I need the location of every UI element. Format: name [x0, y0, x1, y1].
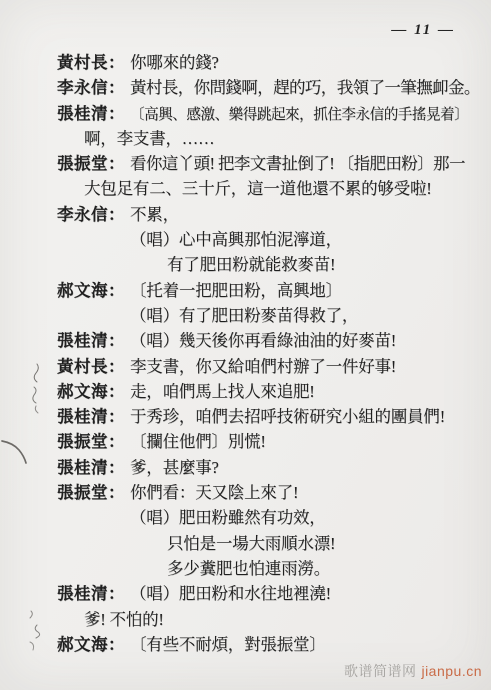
script-line: 李永信：黃村長，你問錢啊，趕的巧，我領了一筆撫卹金。 [0, 75, 491, 100]
speaker-name: 郝文海： [57, 632, 130, 657]
speaker-name: 李永信： [57, 75, 130, 100]
speaker-name: 張桂清： [57, 455, 130, 480]
dialogue-text: 走，咱們馬上找人來追肥! [130, 382, 315, 401]
speaker-name: 張桂清： [57, 581, 130, 606]
script-line: 張振堂：看你這丫頭! 把李文書扯倒了! 〔指肥田粉〕那一 [0, 151, 491, 176]
dialogue-text: 于秀珍，咱們去招呼技術研究小組的團員們! [130, 407, 445, 426]
dialogue-text: 爹! 不怕的! [84, 610, 164, 629]
watermark-site-name: 歌谱简谱网 [344, 663, 417, 679]
script-line: （唱）有了肥田粉麥苗得救了， [0, 303, 491, 328]
script-line: 只怕是一場大雨順水漂! [0, 531, 491, 556]
sung-lyric-text: 只怕是一場大雨順水漂! [167, 534, 335, 553]
script-line: 郝文海：走，咱們馬上找人來追肥! [0, 379, 491, 404]
stage-direction-text: 〔高興、感激、樂得跳起來，抓住李永信的手搖晃着〕 [130, 107, 468, 123]
dialogue-text: 李支書，你又給咱們村辦了一件好事! [130, 357, 396, 376]
dialogue-text: 〔攔住他們〕別慌! [130, 432, 266, 451]
sung-lyric-text: 多少糞肥也怕連雨澇。 [167, 559, 330, 578]
watermark: 歌谱简谱网jianpu.cn [344, 661, 482, 681]
script-line: （唱）肥田粉雖然有功效， [0, 505, 491, 530]
speaker-name: 張振堂： [57, 429, 130, 454]
script-line: 張桂清：（唱）肥田粉和水往地裡澆! [0, 581, 491, 606]
speaker-name: 黃村長： [57, 50, 130, 75]
dialogue-text: 黃村長，你問錢啊，趕的巧，我領了一筆撫卹金。 [130, 78, 480, 97]
speaker-name: 張桂清： [57, 101, 130, 126]
speaker-name: 張桂清： [57, 328, 130, 353]
script-line: 張桂清：爹，甚麼事? [0, 455, 491, 480]
script-line: 黃村長：你哪來的錢? [0, 50, 491, 75]
speaker-name: 李永信： [57, 202, 130, 227]
script-line: （唱）心中高興那怕泥濘道， [0, 227, 491, 252]
stage-direction-text: 〔有些不耐煩，對張振堂〕 [130, 635, 326, 654]
script-line: 郝文海：〔有些不耐煩，對張振堂〕 [0, 632, 491, 657]
sung-lyric-text: （唱）肥田粉和水往地裡澆! [130, 584, 331, 603]
script-line: 張桂清：〔高興、感激、樂得跳起來，抓住李永信的手搖晃着〕 [0, 101, 491, 126]
speaker-name: 張振堂： [57, 480, 130, 505]
speaker-name: 郝文海： [57, 278, 130, 303]
sung-lyric-text: （唱）心中高興那怕泥濘道， [130, 230, 342, 249]
script-line: 張振堂：〔攔住他們〕別慌! [0, 429, 491, 454]
speaker-name: 郝文海： [57, 379, 130, 404]
stage-direction-text: 〔托着一把肥田粉，高興地〕 [130, 281, 342, 300]
script-line: 大包足有二、三十斤，這一道他還不累的够受啦! [0, 176, 491, 201]
script-line: 李永信：不累， [0, 202, 491, 227]
dialogue-text: 不累， [130, 205, 179, 224]
dialogue-text: 大包足有二、三十斤，這一道他還不累的够受啦! [84, 179, 432, 198]
dialogue-text: 啊，李支書，…… [84, 129, 214, 148]
script-line: 張桂清：（唱）幾天後你再看綠油油的好麥苗! [0, 328, 491, 353]
sung-lyric-text: 有了肥田粉就能救麥苗! [167, 255, 335, 274]
script-line: 張桂清：于秀珍，咱們去招呼技術研究小組的團員們! [0, 404, 491, 429]
page-number: — 11 — [391, 22, 455, 39]
script-line: 有了肥田粉就能救麥苗! [0, 252, 491, 277]
scanned-page: — 11 — 黃村長：你哪來的錢? 李永信：黃村長，你問錢啊，趕的巧，我領了一筆… [0, 0, 491, 690]
script-line: 黃村長：李支書，你又給咱們村辦了一件好事! [0, 354, 491, 379]
dialogue-text: 你們看：天又陰上來了! [130, 483, 298, 502]
watermark-site-url: jianpu.cn [421, 663, 482, 679]
script-line: 多少糞肥也怕連雨澇。 [0, 556, 491, 581]
script-line: 郝文海：〔托着一把肥田粉，高興地〕 [0, 278, 491, 303]
script-line: 啊，李支書，…… [0, 126, 491, 151]
script-body: 黃村長：你哪來的錢? 李永信：黃村長，你問錢啊，趕的巧，我領了一筆撫卹金。 張桂… [0, 50, 491, 657]
sung-lyric-text: （唱）肥田粉雖然有功效， [130, 508, 326, 527]
sung-lyric-text: （唱）幾天後你再看綠油油的好麥苗! [130, 331, 396, 350]
script-line: 爹! 不怕的! [0, 607, 491, 632]
speaker-name: 張桂清： [57, 404, 130, 429]
dialogue-text: 你哪來的錢? [130, 53, 219, 72]
sung-lyric-text: （唱）有了肥田粉麥苗得救了， [130, 306, 358, 325]
dialogue-text: 看你這丫頭! 把李文書扯倒了! 〔指肥田粉〕那一 [130, 154, 465, 173]
speaker-name: 張振堂： [57, 151, 130, 176]
dialogue-text: 爹，甚麼事? [130, 458, 219, 477]
speaker-name: 黃村長： [57, 354, 130, 379]
script-line: 張振堂：你們看：天又陰上來了! [0, 480, 491, 505]
